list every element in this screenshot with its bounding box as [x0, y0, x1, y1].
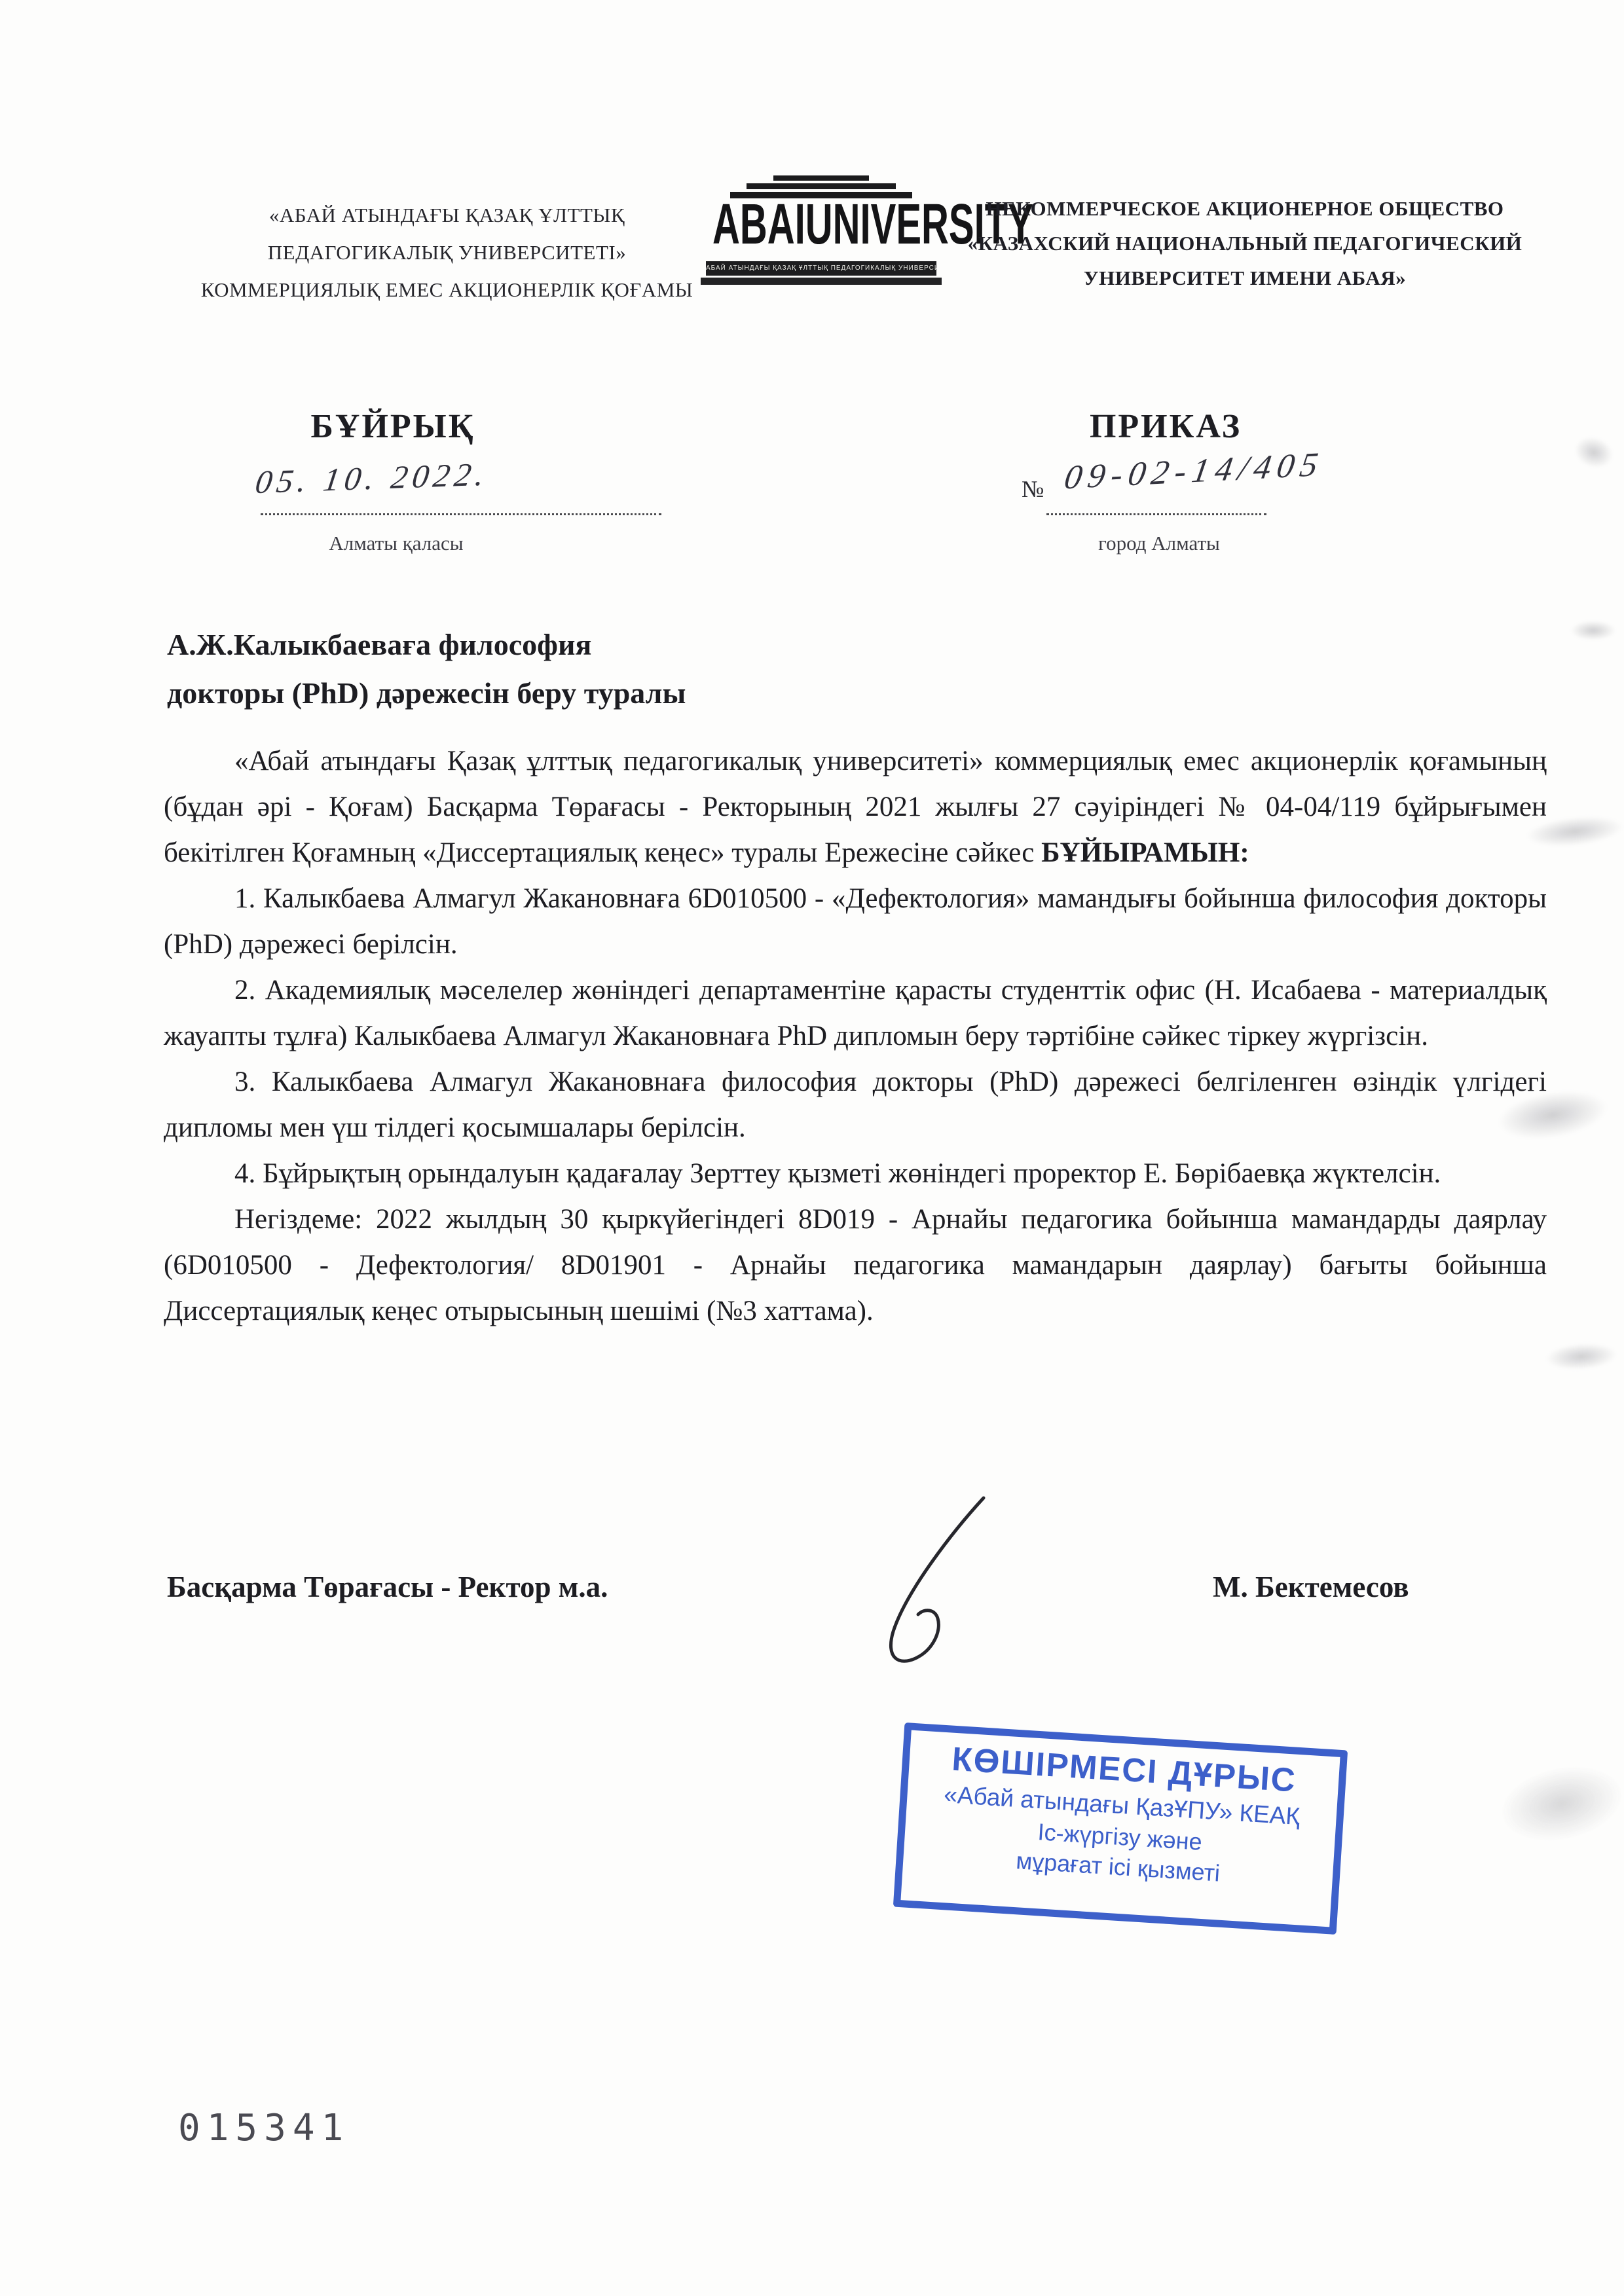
order-item-3: 3. Калыкбаева Алмагул Жакановнаға филосо…: [164, 1059, 1547, 1151]
handwritten-order-number: 09-02-14/405: [1061, 445, 1332, 498]
order-subject-line2: докторы (PhD) дәрежесін беру туралы: [167, 669, 1084, 718]
order-item-4: 4. Бұйрықтың орындалуын қадағалау Зертте…: [164, 1151, 1547, 1197]
intro-directive-word: БҰЙЫРАМЫН:: [1041, 837, 1249, 868]
scan-artifact: [1570, 621, 1616, 640]
number-sign: №: [1022, 475, 1044, 503]
scan-artifact: [1545, 1341, 1619, 1372]
org-name-kk-line1: «АБАЙ АТЫНДАҒЫ ҚАЗАҚ ҰЛТТЫҚ: [187, 196, 707, 234]
university-logo: ABAI UNIVERSITY АБАЙ АТЫНДАҒЫ ҚАЗАҚ ҰЛТТ…: [706, 175, 936, 285]
order-subject: А.Ж.Калыкбаеваға философия докторы (PhD)…: [167, 621, 1084, 718]
scan-artifact: [1494, 1755, 1624, 1851]
copy-certification-stamp: КӨШІРМЕСІ ДҰРЫС «Абай атындағы ҚазҰПУ» К…: [893, 1722, 1348, 1935]
order-title-kazakh: БҰЙРЫҚ: [262, 407, 524, 446]
logo-wordmark: ABAI UNIVERSITY: [712, 173, 930, 257]
signer-position: Басқарма Төрағасы - Ректор м.а.: [167, 1570, 608, 1604]
order-item-2: 2. Академиялық мәселелер жөніндегі депар…: [164, 968, 1547, 1059]
org-name-kk-line2: ПЕДАГОГИКАЛЫҚ УНИВЕРСИТЕТІ»: [187, 234, 707, 271]
order-title-russian: ПРИКАЗ: [1048, 407, 1283, 446]
city-label-russian: город Алматы: [1048, 532, 1270, 555]
form-serial-number: 015341: [178, 2107, 350, 2149]
intro-text: «Абай атындағы Қазақ ұлттық педагогикалы…: [164, 746, 1547, 868]
org-name-ru-line1: НЕКОММЕРЧЕСКОЕ АКЦИОНЕРНОЕ ОБЩЕСТВО: [951, 191, 1539, 226]
org-name-ru-line3: УНИВЕРСИТЕТ ИМЕНИ АБАЯ»: [951, 261, 1539, 295]
scan-artifact: [1570, 432, 1617, 473]
city-label-kazakh: Алматы қаласы: [262, 532, 530, 555]
org-name-ru-line2: «КАЗАХСКИЙ НАЦИОНАЛЬНЫЙ ПЕДАГОГИЧЕСКИЙ: [951, 226, 1539, 261]
signer-name: М. Бектемесов: [1213, 1570, 1409, 1604]
org-name-russian: НЕКОММЕРЧЕСКОЕ АКЦИОНЕРНОЕ ОБЩЕСТВО «КАЗ…: [951, 191, 1539, 295]
logo-banner-text: АБАЙ АТЫНДАҒЫ ҚАЗАҚ ҰЛТТЫҚ ПЕДАГОГИКАЛЫҚ…: [706, 261, 936, 276]
org-name-kazakh: «АБАЙ АТЫНДАҒЫ ҚАЗАҚ ҰЛТТЫҚ ПЕДАГОГИКАЛЫ…: [187, 196, 707, 308]
order-subject-line1: А.Ж.Калыкбаеваға философия: [167, 621, 1084, 669]
logo-base-icon: [701, 278, 942, 285]
order-item-1: 1. Калыкбаева Алмагул Жакановнаға 6D0105…: [164, 876, 1547, 968]
handwritten-signature: [855, 1493, 1012, 1679]
order-body: «Абай атындағы Қазақ ұлттық педагогикалы…: [164, 738, 1547, 1334]
basis-paragraph: Негіздеме: 2022 жылдың 30 қыркүйегіндегі…: [164, 1197, 1547, 1334]
intro-paragraph: «Абай атындағы Қазақ ұлттық педагогикалы…: [164, 738, 1547, 876]
scanned-order-page: «АБАЙ АТЫНДАҒЫ ҚАЗАҚ ҰЛТТЫҚ ПЕДАГОГИКАЛЫ…: [0, 0, 1624, 2296]
logo-word-abai: ABAI: [712, 192, 805, 258]
org-name-kk-line3: КОММЕРЦИЯЛЫҚ ЕМЕС АКЦИОНЕРЛІК ҚОҒАМЫ: [187, 271, 707, 308]
